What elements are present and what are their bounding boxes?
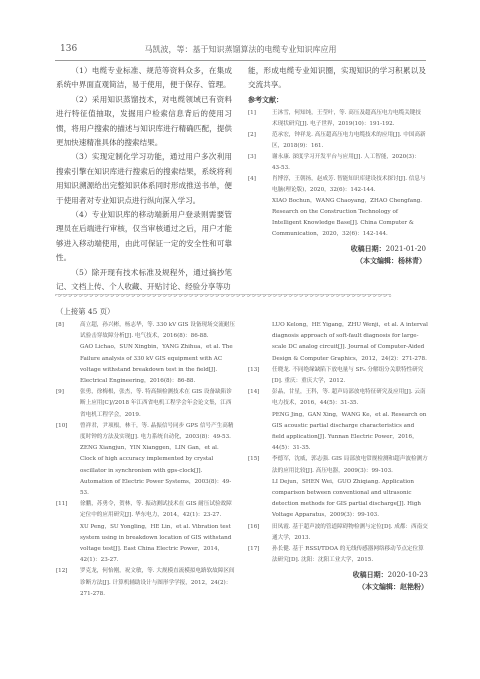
reference-item: [15] 李德军，沈威，郭志强. GIS 局部放电常规检测和超声波检测方法的应用… [248,454,428,521]
received-value: 2021-01-20 [386,245,426,253]
reference-item: [3] 谢永康. 深度学习开发平台与应用[J]. 人工智能，2020(3)：43… [248,152,426,174]
reference-text: 曾祥君，尹项根，林干，等. 晶振信号同步 GPS 信号产生高精度时钟的方法及实现… [80,423,233,440]
body-paragraph: （1）电缆专业标准、规范等资料众多，在集成系统中界面直观简洁，易于使用，便于保存… [56,64,232,93]
reference-item: [9] 张勇，徐梅根，张杰，等. 特高频检测技术在 GIS 设备缺陷诊断上应用[… [56,387,236,421]
reference-number: [15] [248,454,259,465]
reference-text: 田凤霞. 基于超声波的管道障碍物检测与定位[D]. 成都：西南交通大学，2013… [272,524,428,541]
reference-text: 张勇，徐梅根，张杰，等. 特高频检测技术在 GIS 设备缺陷诊断上应用[C]//… [80,389,232,417]
reference-number: [9] [56,387,64,398]
reference-text: 罗克龙，何怡刚，祝文敏，等. 大规模直流模拟电路软故障区间诊断方法[J]. 计算… [80,568,235,596]
body-column-left: （1）电缆专业标准、规范等资料众多，在集成系统中界面直观简洁，易于使用，便于保存… [56,64,232,295]
reference-text-en: XU Peng，SU Yongling，HE Lin，et al. Vibrat… [80,522,236,567]
references-column-right: LUO Kelong，HE Yigang，ZHU Wenji，et al. A … [248,320,428,593]
reference-text-en: XIAO Bochun，WANG Chaoyang，ZHAO Chengfang… [272,196,426,240]
reference-number: [10] [56,421,67,432]
reference-text: 范承宏，钟祥龙. 高压超高压电力电缆技术的应用[J]. 中国高新区，2018(9… [272,132,426,149]
reference-item: LUO Kelong，HE Yigang，ZHU Wenji，et al. A … [248,320,428,365]
received-label: 收稿日期： [353,571,388,579]
reference-item: [12] 罗克龙，何怡刚，祝文敏，等. 大规模直流模拟电路软故障区间诊断方法[J… [56,566,236,600]
reference-item: [13] 任晓龙. 不同绝缘缺陷下放电量与 SF₆ 分解组分关联特性研究[D].… [248,365,428,387]
reference-text: 彭晶，甘星，王科，等. 超声局部放电特征研究及应用[J]. 云南电力技术，201… [272,389,426,406]
received-date: 收稿日期：2020-10-23 [248,569,428,581]
reference-text: 徐鹏，苏勇令，贺林，等. 振动测试技术在 GIS 耐压试验故障定位中的应用研究[… [80,501,232,518]
reference-item: [17] 孙长健. 基于 RSSI/TDOA 的无线传感器网络移动节点定位算法研… [248,544,428,566]
reference-text-en: GAO Lichao，SUN Xingbin，YANG Zhihua，et al… [80,342,236,387]
reference-item: [1] 王沐雪，何知纯，王莹叶，等. 高压及超高压电力电缆关键技术现状研究[J]… [248,108,426,130]
reference-item: [11] 徐鹏，苏勇令，贺林，等. 振动测试技术在 GIS 耐压试验故障定位中的… [56,499,236,566]
reference-number: [13] [248,365,259,376]
editor-note: （本文编辑：杨林青） [248,255,426,267]
reference-text-en: ZENG Xiangjun，YIN Xianggen，LIN Gan，et al… [80,443,236,499]
reference-text: 肖博淳，王朝扬，赵成芳. 智能知识库建设技术探讨[J]. 信息与电脑(理论版)，… [272,176,426,193]
reference-number: [17] [248,544,259,555]
received-label: 收稿日期： [351,245,386,253]
reference-number: [1] [248,108,256,119]
reference-item: [4] 肖博淳，王朝扬，赵成芳. 智能知识库建设技术探讨[J]. 信息与电脑(理… [248,174,426,240]
reference-text: 李德军，沈威，郭志强. GIS 局部放电常规检测和超声波检测方法的应用比较[J]… [272,456,428,473]
running-title: 马凯波，等：基于知识蒸馏算法的电缆专业知识库应用 [55,44,426,55]
reference-number: [11] [56,499,67,510]
reference-text-en: LUO Kelong，HE Yigang，ZHU Wenji，et al. A … [272,320,428,365]
page-header: 136 马凯波，等：基于知识蒸馏算法的电缆专业知识库应用 [55,44,426,60]
reference-number: [12] [56,566,67,577]
reference-number: [3] [248,152,256,163]
received-date: 收稿日期：2021-01-20 [248,243,426,255]
body-paragraph: （2）采用知识蒸馏技术，对电缆领域已有资料进行特征值抽取，发掘用户检索信息背后的… [56,93,232,151]
reference-text: 孙长健. 基于 RSSI/TDOA 的无线传感器网络移动节点定位算法研究[D].… [272,546,424,563]
reference-number: [8] [56,320,64,331]
reference-item: [2] 范承宏，钟祥龙. 高压超高压电力电缆技术的应用[J]. 中国高新区，20… [248,130,426,152]
reference-text-en: LI Dejun，SHEN Wei，GUO Zhiqiang. Applicat… [272,477,428,522]
reference-item: [16] 田凤霞. 基于超声波的管道障碍物检测与定位[D]. 成都：西南交通大学… [248,522,428,544]
body-paragraph: （4）专业知识库的移动端新用户登录则需要管理员在后端进行审核，仅当审核通过之后，… [56,208,232,266]
header-rule [55,60,426,61]
reference-item: [8] 高立超，孙兴彬，杨志华，等. 330 kV GIS 设备现场交流耐压试验… [56,320,236,387]
body-paragraph: （3）实现定制化学习功能，通过用户多次利用搜索引擎在知识库进行搜索后的搜索结果，… [56,150,232,208]
reference-text-en: PENG Jing，GAN Xing，WANG Ke，et al. Resear… [272,410,428,455]
references-column-left: [8] 高立超，孙兴彬，杨志华，等. 330 kV GIS 设备现场交流耐压试验… [56,320,236,600]
received-value: 2020-10-23 [388,571,428,579]
references-heading: 参考文献： [248,95,426,106]
editor-note: （本文编辑：赵艳粉） [248,581,428,593]
reference-number: [4] [248,174,256,185]
reference-number: [2] [248,130,256,141]
reference-text: 高立超，孙兴彬，杨志华，等. 330 kV GIS 设备现场交流耐压试验击穿故障… [80,322,235,339]
reference-number: [14] [248,387,259,398]
reference-number: [16] [248,522,259,533]
body-column-right: 能，形成电缆专业知识圈，实现知识的学习积累以及交流共享。 参考文献： [1] 王… [248,64,426,267]
reference-item: [10] 曾祥君，尹项根，林干，等. 晶振信号同步 GPS 信号产生高精度时钟的… [56,421,236,499]
reference-text: 谢永康. 深度学习开发平台与应用[J]. 人工智能，2020(3)：43-53. [272,154,420,171]
body-paragraph: （5）除开现有技术标准及规程外，通过摘抄笔记、文档上传、个人收藏、开贴讨论、经验… [56,266,232,295]
reference-text: 王沐雪，何知纯，王莹叶，等. 高压及超高压电力电缆关键技术现状研究[J]. 电子… [272,110,421,127]
continued-from-label: （上接第 45 页） [56,306,114,317]
reference-text: 任晓龙. 不同绝缘缺陷下放电量与 SF₆ 分解组分关联特性研究[D]. 重庆：重… [272,367,423,384]
section-divider: ಌಌಌಌಌಌಌಌಌಌಌಌಌಌಌಌಌಌಌಌಌಌಌಌಌಌಌಌಌಌಌಌಌಌಌಌಌಌಌಌ… [55,293,426,299]
body-paragraph: 能，形成电缆专业知识圈，实现知识的学习积累以及交流共享。 [248,64,426,93]
reference-item: [14] 彭晶，甘星，王科，等. 超声局部放电特征研究及应用[J]. 云南电力技… [248,387,428,454]
